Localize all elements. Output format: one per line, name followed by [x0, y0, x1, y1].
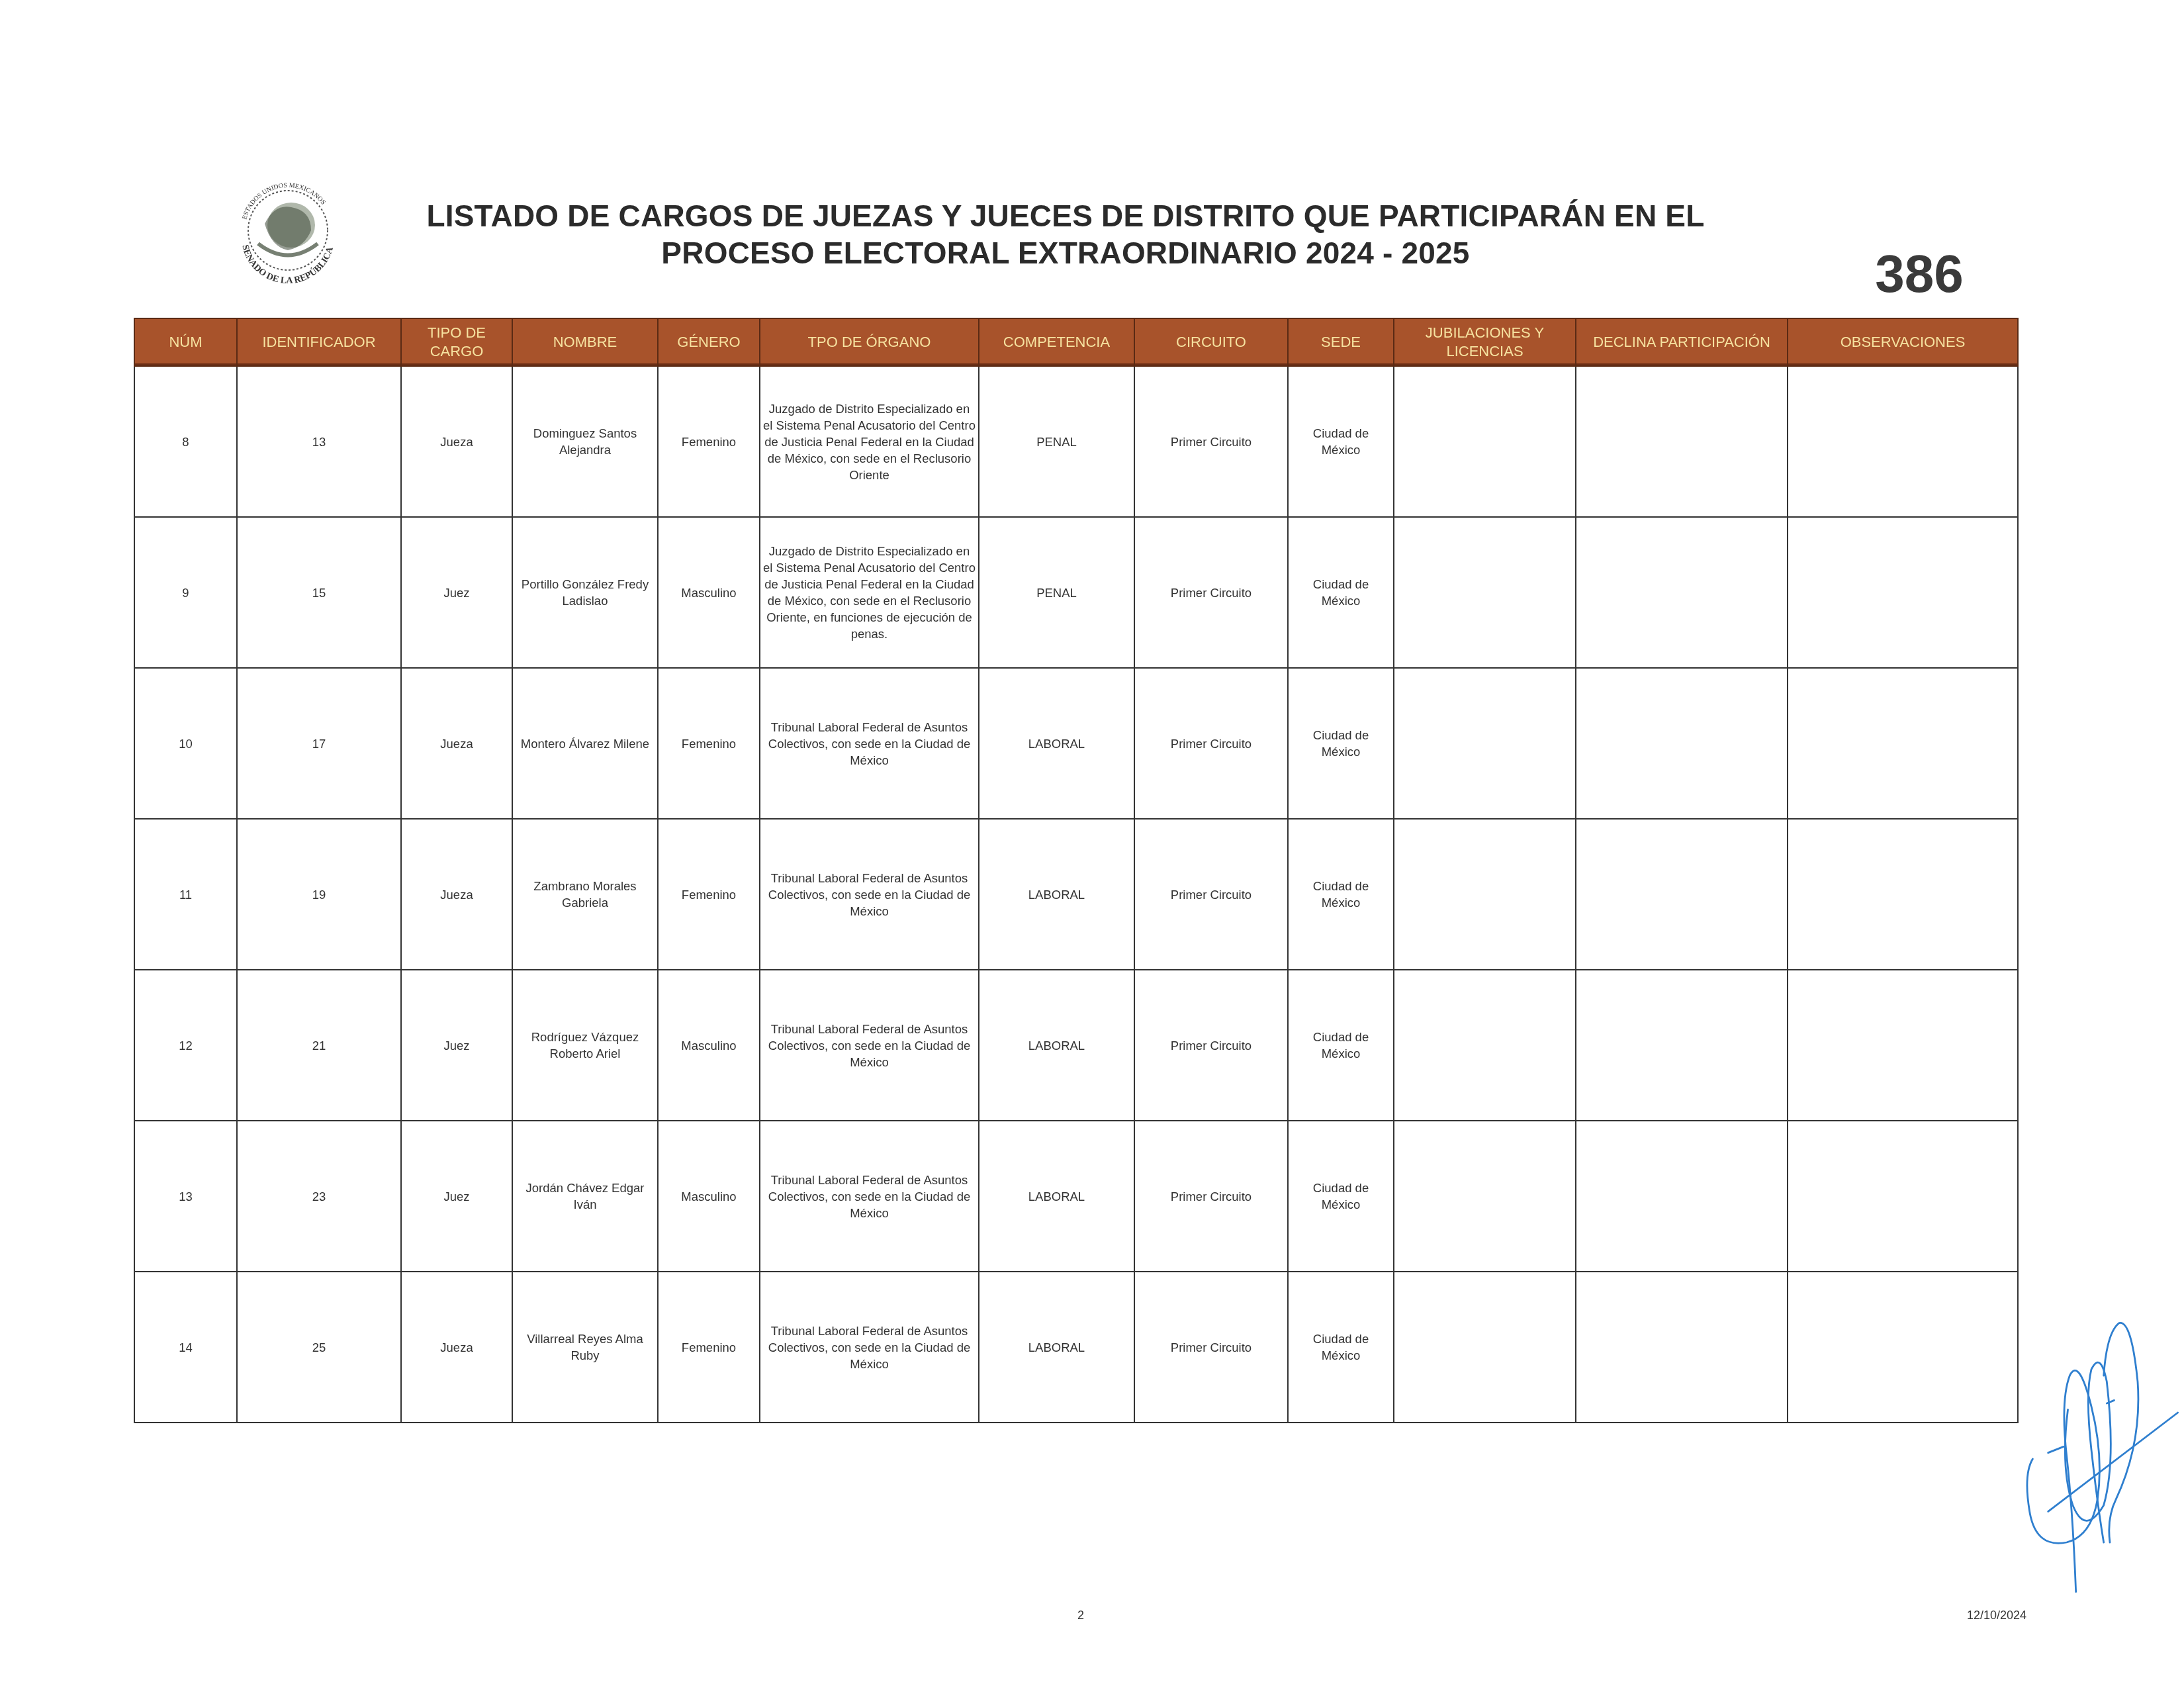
cell-tipo-organo: Tribunal Laboral Federal de Asuntos Cole… [760, 1272, 979, 1423]
cell-num: 12 [134, 970, 237, 1121]
cell-circuito: Primer Circuito [1134, 517, 1288, 668]
cell-tipo-cargo: Jueza [401, 1272, 512, 1423]
cell-tipo-cargo: Jueza [401, 819, 512, 970]
table-row: 813JuezaDominguez Santos AlejandraFemeni… [134, 366, 2018, 517]
senado-seal-icon: ESTADOS UNIDOS MEXICANOS SENADO DE LA RE… [218, 177, 357, 283]
column-header-nombre: NOMBRE [512, 318, 658, 366]
cell-sede: Ciudad de México [1288, 819, 1394, 970]
cell-jubilaciones [1394, 1121, 1576, 1272]
cell-genero: Femenino [658, 668, 760, 819]
table-row: 1221JuezRodríguez Vázquez Roberto ArielM… [134, 970, 2018, 1121]
cell-tipo-organo: Tribunal Laboral Federal de Asuntos Cole… [760, 668, 979, 819]
cell-nombre: Portillo González Fredy Ladislao [512, 517, 658, 668]
cell-observaciones [1788, 819, 2018, 970]
cell-competencia: PENAL [979, 366, 1134, 517]
cell-jubilaciones [1394, 970, 1576, 1121]
cell-declina [1576, 1272, 1788, 1423]
cell-competencia: LABORAL [979, 970, 1134, 1121]
cell-nombre: Montero Álvarez Milene [512, 668, 658, 819]
cell-identificador: 21 [237, 970, 401, 1121]
cell-jubilaciones [1394, 366, 1576, 517]
cell-declina [1576, 366, 1788, 517]
cell-competencia: LABORAL [979, 1272, 1134, 1423]
cell-declina [1576, 1121, 1788, 1272]
cell-sede: Ciudad de México [1288, 1121, 1394, 1272]
cell-genero: Masculino [658, 1121, 760, 1272]
column-header-tipo-cargo: TIPO DE CARGO [401, 318, 512, 366]
cell-identificador: 15 [237, 517, 401, 668]
signature-icon [1999, 1297, 2184, 1602]
cell-nombre: Zambrano Morales Gabriela [512, 819, 658, 970]
cell-sede: Ciudad de México [1288, 668, 1394, 819]
column-header-identificador: IDENTIFICADOR [237, 318, 401, 366]
footer-date: 12/10/2024 [1967, 1609, 2026, 1622]
cell-sede: Ciudad de México [1288, 970, 1394, 1121]
cell-observaciones [1788, 1121, 2018, 1272]
column-header-observaciones: OBSERVACIONES [1788, 318, 2018, 366]
cell-tipo-cargo: Jueza [401, 668, 512, 819]
cell-num: 14 [134, 1272, 237, 1423]
cell-circuito: Primer Circuito [1134, 819, 1288, 970]
cell-jubilaciones [1394, 668, 1576, 819]
cell-declina [1576, 970, 1788, 1121]
title-line-1: LISTADO DE CARGOS DE JUEZAS Y JUECES DE … [371, 197, 1760, 234]
cell-jubilaciones [1394, 1272, 1576, 1423]
cell-tipo-organo: Tribunal Laboral Federal de Asuntos Cole… [760, 1121, 979, 1272]
cell-observaciones [1788, 366, 2018, 517]
footer-page-number: 2 [1077, 1609, 1084, 1622]
cell-circuito: Primer Circuito [1134, 366, 1288, 517]
cell-genero: Femenino [658, 819, 760, 970]
cell-circuito: Primer Circuito [1134, 970, 1288, 1121]
cell-circuito: Primer Circuito [1134, 1272, 1288, 1423]
cell-sede: Ciudad de México [1288, 517, 1394, 668]
cell-tipo-cargo: Juez [401, 517, 512, 668]
cell-tipo-cargo: Jueza [401, 366, 512, 517]
cell-competencia: LABORAL [979, 668, 1134, 819]
column-header-tipo-organo: TPO DE ÓRGANO [760, 318, 979, 366]
cell-competencia: LABORAL [979, 1121, 1134, 1272]
page-title: LISTADO DE CARGOS DE JUEZAS Y JUECES DE … [371, 197, 1760, 271]
cell-num: 13 [134, 1121, 237, 1272]
cell-genero: Masculino [658, 970, 760, 1121]
cell-competencia: LABORAL [979, 819, 1134, 970]
cell-jubilaciones [1394, 517, 1576, 668]
title-line-2: PROCESO ELECTORAL EXTRAORDINARIO 2024 - … [371, 234, 1760, 271]
cell-genero: Femenino [658, 1272, 760, 1423]
table-header-row: NÚM IDENTIFICADOR TIPO DE CARGO NOMBRE G… [134, 318, 2018, 366]
table-row: 1323JuezJordán Chávez Edgar IvánMasculin… [134, 1121, 2018, 1272]
table-row: 1425JuezaVillarreal Reyes Alma RubyFemen… [134, 1272, 2018, 1423]
cell-identificador: 25 [237, 1272, 401, 1423]
cell-genero: Femenino [658, 366, 760, 517]
table-body: 813JuezaDominguez Santos AlejandraFemeni… [134, 366, 2018, 1423]
page-stamp-number: 386 [1853, 244, 1985, 305]
cell-tipo-cargo: Juez [401, 1121, 512, 1272]
cell-identificador: 17 [237, 668, 401, 819]
cell-identificador: 13 [237, 366, 401, 517]
cell-num: 10 [134, 668, 237, 819]
cell-tipo-organo: Tribunal Laboral Federal de Asuntos Cole… [760, 819, 979, 970]
table-row: 915JuezPortillo González Fredy LadislaoM… [134, 517, 2018, 668]
cell-competencia: PENAL [979, 517, 1134, 668]
cell-declina [1576, 819, 1788, 970]
column-header-competencia: COMPETENCIA [979, 318, 1134, 366]
cell-nombre: Dominguez Santos Alejandra [512, 366, 658, 517]
column-header-num: NÚM [134, 318, 237, 366]
table-row: 1017JuezaMontero Álvarez MileneFemeninoT… [134, 668, 2018, 819]
cell-nombre: Villarreal Reyes Alma Ruby [512, 1272, 658, 1423]
judges-table: NÚM IDENTIFICADOR TIPO DE CARGO NOMBRE G… [134, 318, 2019, 1423]
cell-num: 8 [134, 366, 237, 517]
cell-genero: Masculino [658, 517, 760, 668]
cell-observaciones [1788, 668, 2018, 819]
cell-sede: Ciudad de México [1288, 1272, 1394, 1423]
table-row: 1119JuezaZambrano Morales GabrielaFemeni… [134, 819, 2018, 970]
cell-observaciones [1788, 970, 2018, 1121]
column-header-genero: GÉNERO [658, 318, 760, 366]
cell-circuito: Primer Circuito [1134, 1121, 1288, 1272]
column-header-circuito: CIRCUITO [1134, 318, 1288, 366]
cell-sede: Ciudad de México [1288, 366, 1394, 517]
cell-num: 11 [134, 819, 237, 970]
cell-nombre: Rodríguez Vázquez Roberto Ariel [512, 970, 658, 1121]
cell-tipo-cargo: Juez [401, 970, 512, 1121]
cell-observaciones [1788, 1272, 2018, 1423]
column-header-declina: DECLINA PARTICIPACIÓN [1576, 318, 1788, 366]
cell-declina [1576, 668, 1788, 819]
cell-jubilaciones [1394, 819, 1576, 970]
cell-declina [1576, 517, 1788, 668]
cell-circuito: Primer Circuito [1134, 668, 1288, 819]
cell-tipo-organo: Juzgado de Distrito Especializado en el … [760, 517, 979, 668]
cell-nombre: Jordán Chávez Edgar Iván [512, 1121, 658, 1272]
cell-num: 9 [134, 517, 237, 668]
cell-tipo-organo: Juzgado de Distrito Especializado en el … [760, 366, 979, 517]
cell-tipo-organo: Tribunal Laboral Federal de Asuntos Cole… [760, 970, 979, 1121]
cell-identificador: 23 [237, 1121, 401, 1272]
column-header-sede: SEDE [1288, 318, 1394, 366]
cell-identificador: 19 [237, 819, 401, 970]
cell-observaciones [1788, 517, 2018, 668]
column-header-jubilaciones: JUBILACIONES Y LICENCIAS [1394, 318, 1576, 366]
